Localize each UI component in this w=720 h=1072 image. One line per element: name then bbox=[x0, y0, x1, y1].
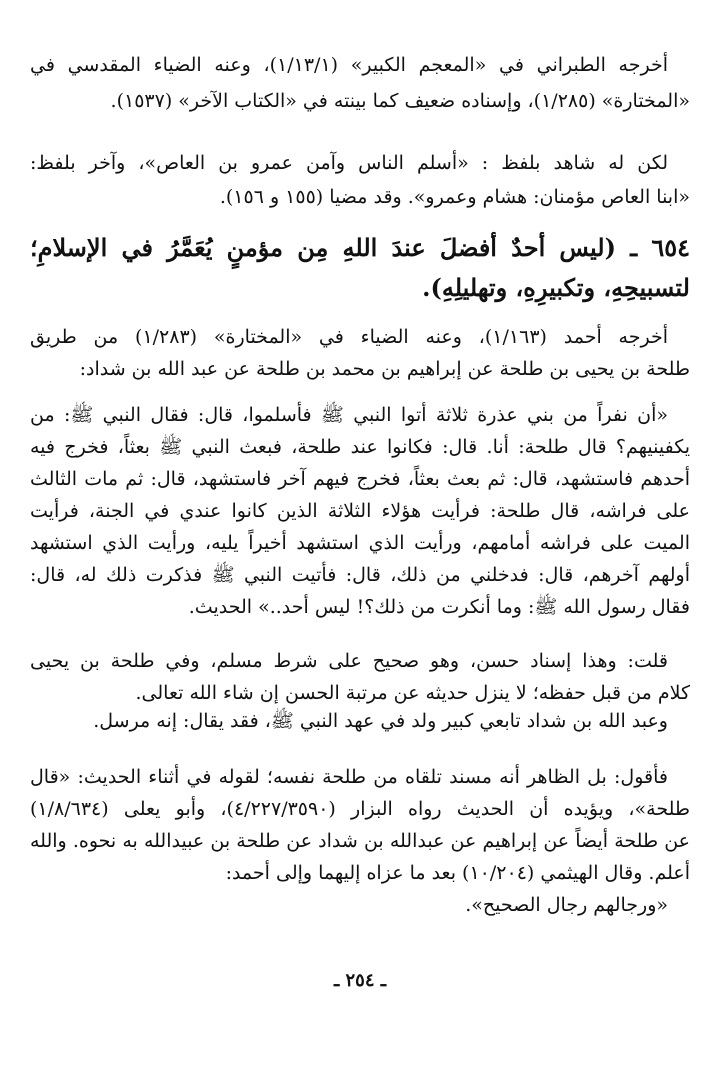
book-page: أخرجه الطبراني في «المعجم الكبير» (١/١٣/… bbox=[30, 0, 690, 1072]
text-line: عن طلحة أيضاً عن إبراهيم عن عبدالله بن ش… bbox=[30, 826, 690, 856]
page-number: ـ ٢٥٤ ـ bbox=[0, 970, 720, 991]
text-line: لكن له شاهد بلفظ : «أسلم الناس وآمن عمرو… bbox=[30, 148, 668, 178]
quote-line: أحدهم فاستشهد، قال: ثم بعث بعثاً، فخرج ف… bbox=[30, 464, 690, 494]
hadith-title: ٦٥٤ ـ (ليس أحدٌ أفضلَ عندَ اللهِ مِن مؤم… bbox=[30, 230, 690, 266]
text-line: «ابنا العاص مؤمنان: هشام وعمرو». وقد مضي… bbox=[30, 182, 690, 212]
text-line: طلحة»، ويؤيده أن الحديث رواه البزار (٤/٢… bbox=[30, 794, 690, 824]
quote-line: يكفينيهم؟ قال طلحة: أنا. قال: فكانوا عند… bbox=[30, 432, 690, 462]
quote-line: أولهم آخرهم، قال: فدخلني من ذلك، قال: فأ… bbox=[30, 560, 690, 590]
text-line: «ورجالهم رجال الصحيح». bbox=[30, 890, 668, 920]
text-line: قلت: وهذا إسناد حسن، وهو صحيح على شرط مس… bbox=[30, 646, 668, 676]
hadith-title-continued: لتسبيحِهِ، وتكبيرِهِ، وتهليلِهِ). bbox=[30, 270, 690, 306]
text-line: أخرجه أحمد (١/١٦٣)، وعنه الضياء في «المخ… bbox=[30, 322, 668, 352]
text-line: وعبد الله بن شداد تابعي كبير ولد في عهد … bbox=[30, 706, 668, 736]
quote-line: فقال رسول الله ﷺ: وما أنكرت من ذلك؟! ليس… bbox=[30, 592, 690, 622]
text-line: «المختارة» (١/٢٨٥)، وإسناده ضعيف كما بين… bbox=[30, 86, 690, 116]
text-line: أعلم. وقال الهيثمي (١٠/٢٠٤) بعد ما عزاه … bbox=[30, 858, 690, 888]
quote-line: على فراشه، قال طلحة: فرأيت هؤلاء الثلاثة… bbox=[30, 496, 690, 526]
quote-line: «أن نفراً من بني عذرة ثلاثة أتوا النبي ﷺ… bbox=[30, 400, 668, 430]
quote-line: الميت على فراشه أمامهم، ورأيت الذي استشه… bbox=[30, 528, 690, 558]
text-line: كلام من قبل حفظه؛ لا ينزل حديثه عن مرتبة… bbox=[30, 678, 690, 708]
text-line: فأقول: بل الظاهر أنه مسند تلقاه من طلحة … bbox=[30, 762, 668, 792]
text-line: طلحة بن يحيى بن طلحة عن إبراهيم بن محمد … bbox=[30, 354, 690, 384]
text-line: أخرجه الطبراني في «المعجم الكبير» (١/١٣/… bbox=[30, 50, 668, 80]
